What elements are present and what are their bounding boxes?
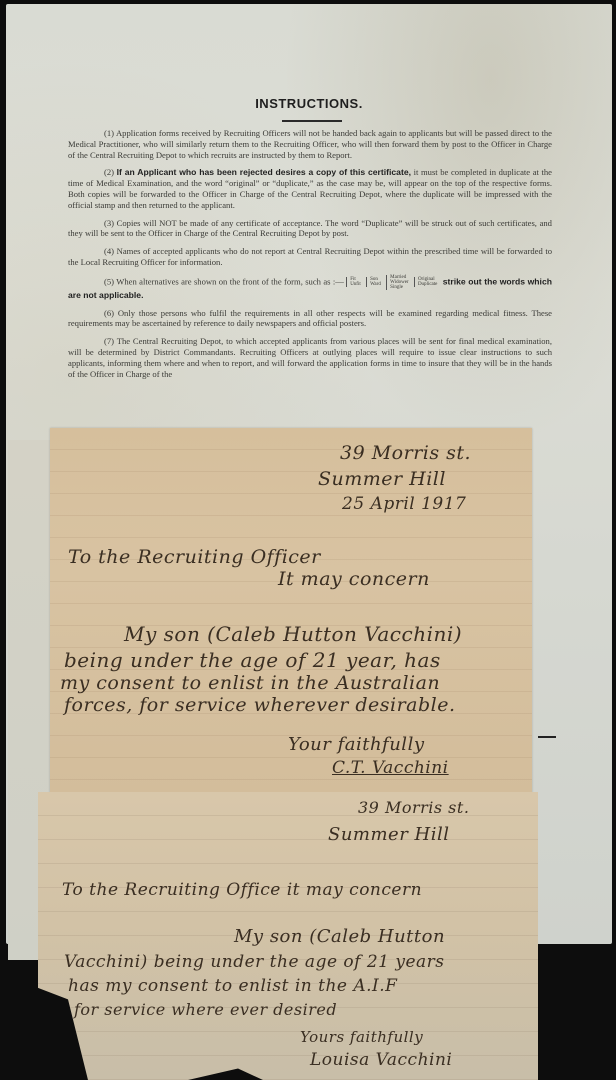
letter1-date: 25 April 1917	[342, 494, 466, 514]
alt-marital: MarriedWidowerSingle	[386, 275, 411, 290]
letter2-body-line2: Vacchini) being under the age of 21 year…	[64, 952, 445, 972]
instruction-2: (2) If an Applicant who has been rejecte…	[68, 167, 552, 210]
letter1-salutation: To the Recruiting Officer	[68, 546, 321, 568]
letter2-address-line1: 39 Morris st.	[358, 798, 469, 817]
title-underline	[282, 120, 342, 122]
letter2-signature: Louisa Vacchini	[310, 1050, 452, 1070]
letter2-address-line2: Summer Hill	[328, 824, 450, 845]
letter1-closing: Your faithfully	[288, 734, 425, 755]
letter1-body-line3: my consent to enlist in the Australian	[60, 672, 440, 694]
letter2-salutation: To the Recruiting Office it may concern	[62, 880, 422, 900]
instructions-list: (1) Application forms received by Recrui…	[68, 128, 552, 386]
letter2-body-line3: has my consent to enlist in the A.I.F	[68, 976, 397, 996]
alt-original-duplicate: OriginalDuplicate	[414, 277, 440, 287]
document-title: INSTRUCTIONS.	[6, 96, 612, 111]
instruction-1: (1) Application forms received by Recrui…	[68, 128, 552, 160]
alt-fit-unfit: FitUnfit	[346, 277, 364, 287]
letter1-salutation-2: It may concern	[278, 568, 430, 590]
letter1-body-line2: being under the age of 21 year, has	[64, 648, 441, 672]
instruction-7: (7) The Central Recruiting Depot, to whi…	[68, 336, 552, 379]
letter1-address-line2: Summer Hill	[318, 468, 446, 490]
instruction-4: (4) Names of accepted applicants who do …	[68, 246, 552, 268]
consent-letter-father: 39 Morris st. Summer Hill 25 April 1917 …	[50, 428, 532, 794]
letter1-body-line1: My son (Caleb Hutton Vacchini)	[124, 622, 462, 646]
form-rule-mark	[538, 736, 556, 738]
letter2-body-line4: for service where ever desired	[74, 1000, 337, 1019]
consent-letter-mother: 39 Morris st. Summer Hill To the Recruit…	[38, 792, 538, 1080]
letter2-body-line1: My son (Caleb Hutton	[234, 926, 445, 947]
letter1-body-line4: forces, for service wherever desirable.	[64, 694, 456, 716]
instruction-5: (5) When alternatives are shown on the f…	[68, 275, 552, 301]
alt-son-ward: SonWard	[366, 277, 384, 287]
letter1-signature: C.T. Vacchini	[332, 758, 449, 778]
letter1-address-line1: 39 Morris st.	[340, 442, 471, 464]
instruction-6: (6) Only those persons who fulfil the re…	[68, 308, 552, 330]
letter2-closing: Yours faithfully	[300, 1028, 423, 1046]
instruction-3: (3) Copies will NOT be made of any certi…	[68, 218, 552, 240]
